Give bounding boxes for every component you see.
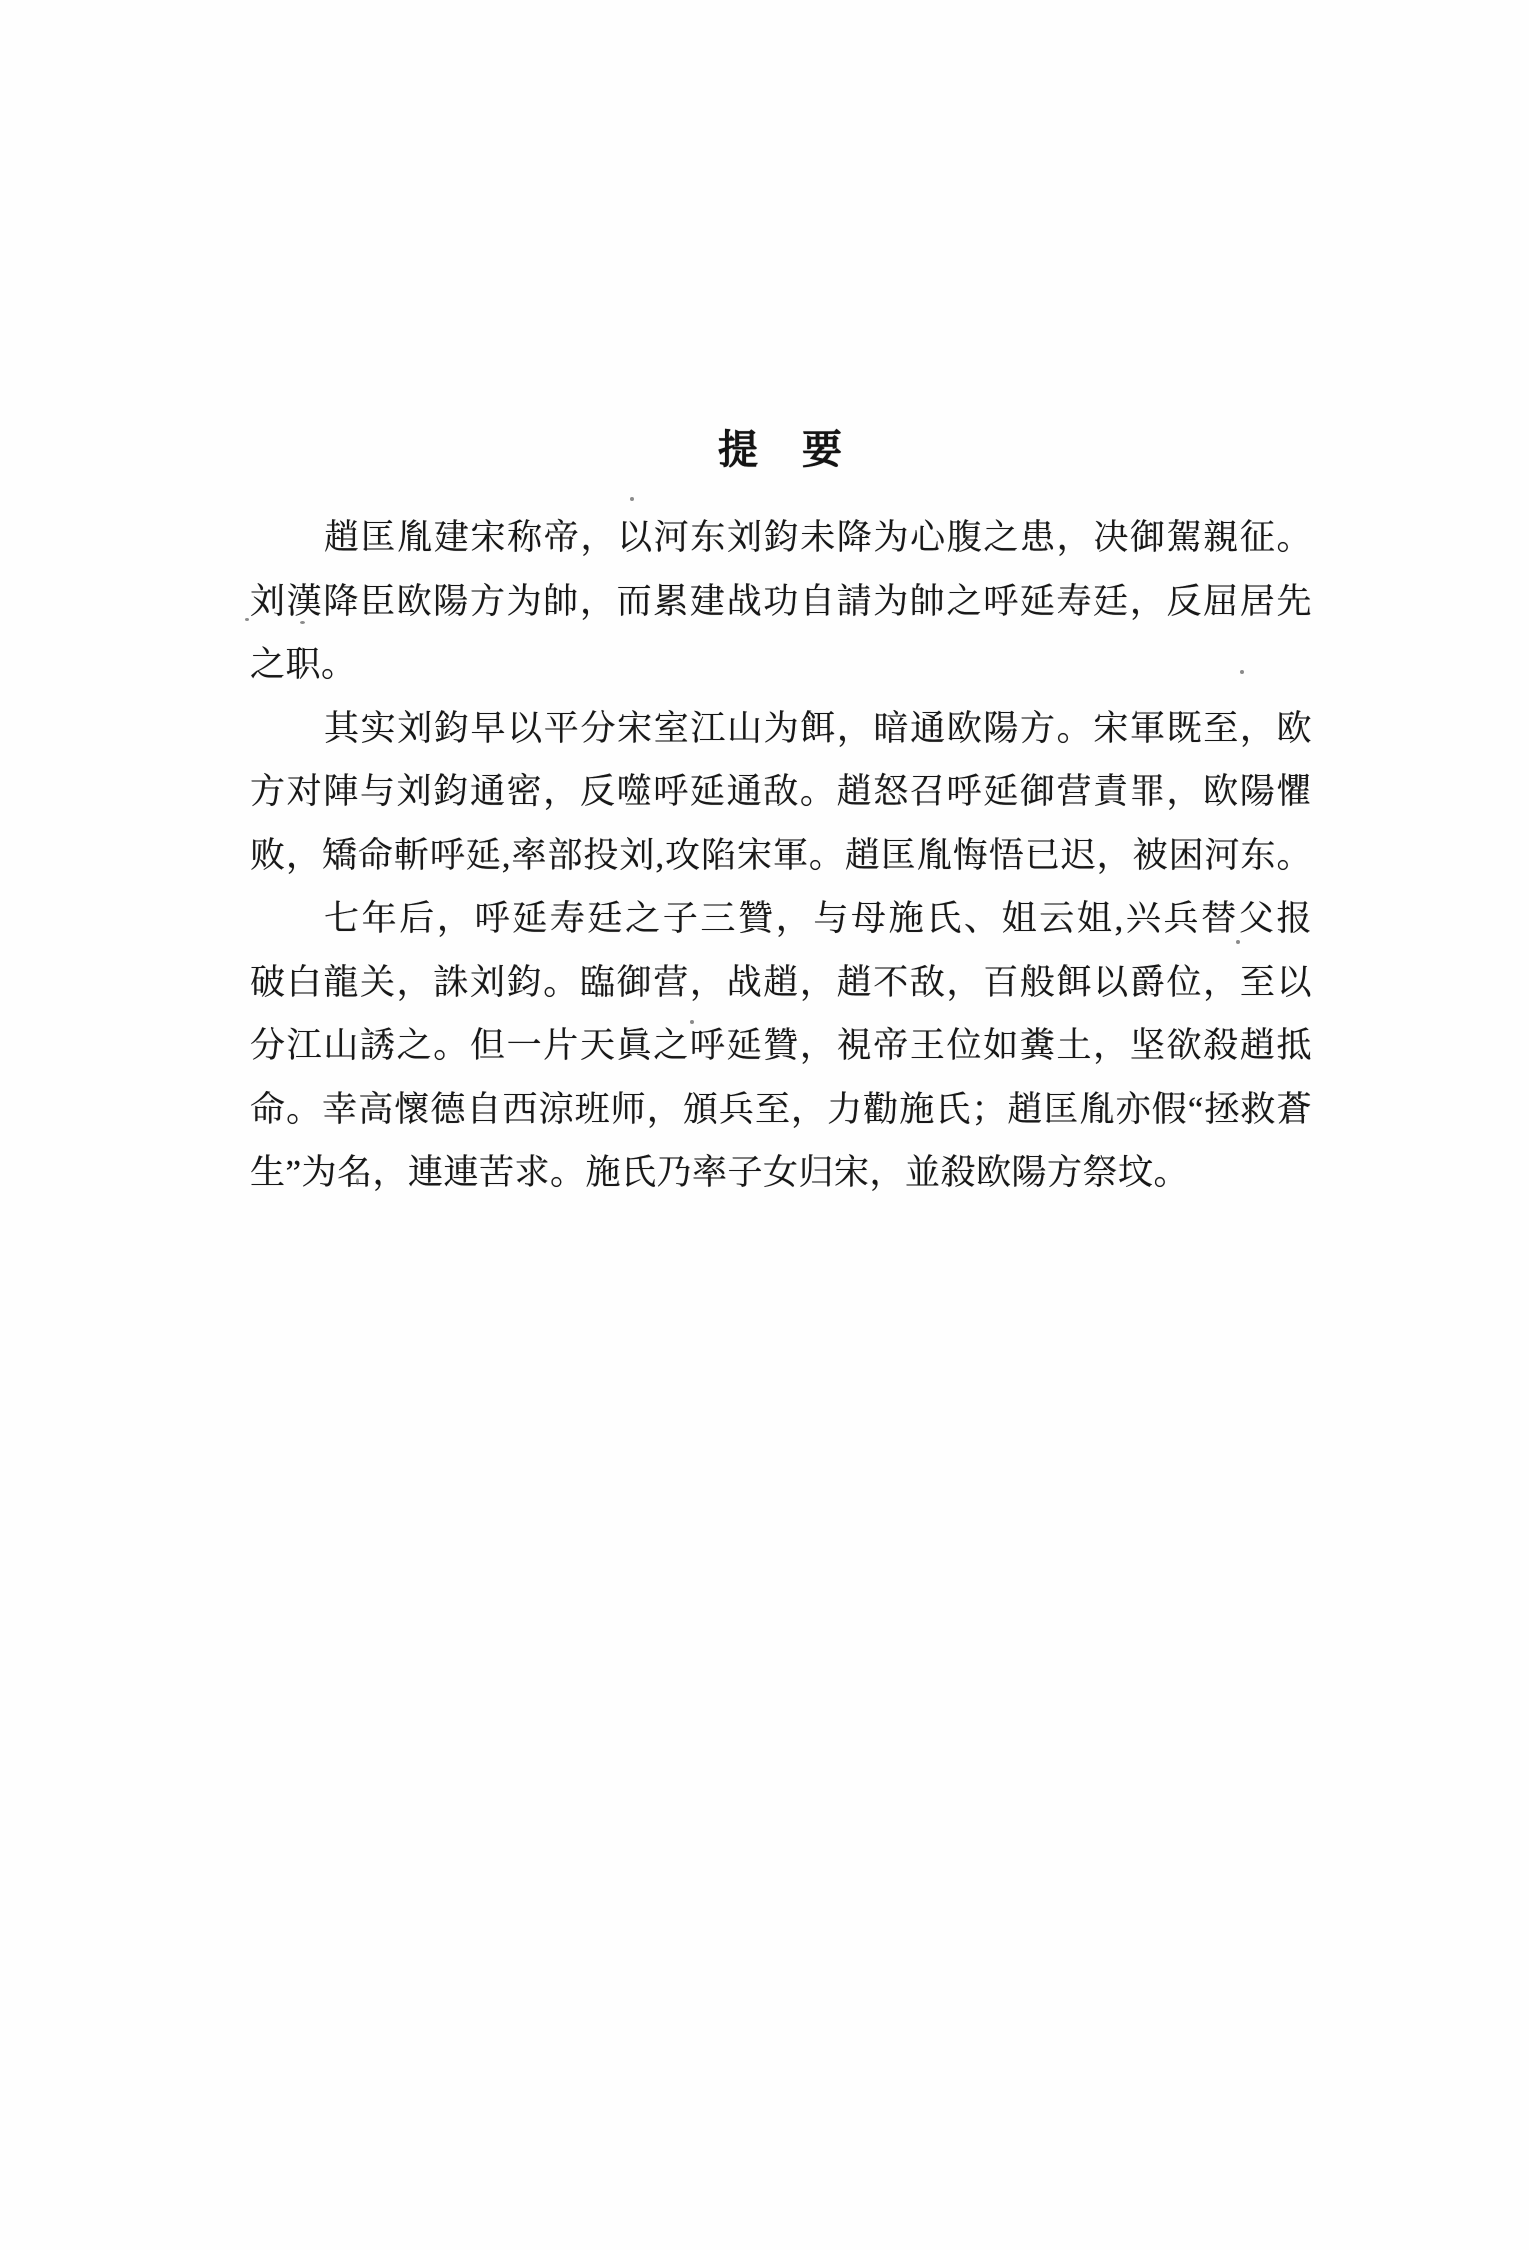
text-line: 七年后，呼延寿廷之子三贊，与母施氏、姐云姐,兴兵替父报仇； — [250, 887, 1312, 951]
scan-speck — [1236, 940, 1240, 944]
text-line: 生”为名，連連苦求。施氏乃率子女归宋，並殺欧陽方祭坟。 — [250, 1141, 1312, 1205]
text-line: 方对陣与刘鈞通密，反噬呼延通敌。趙怒召呼延御营責罪，欧陽懼事 — [250, 760, 1312, 824]
text-line: 其实刘鈞早以平分宋室江山为餌，暗通欧陽方。宋軍既至，欧陽 — [250, 697, 1312, 761]
page-title: 提 要 — [250, 418, 1312, 475]
text-line: 之职。 — [250, 633, 1312, 697]
text-block: 趙匡胤建宋称帝，以河东刘鈞未降为心腹之患，决御駕親征。用 刘漢降臣欧陽方为帥，而… — [250, 506, 1312, 1205]
text-line: 分江山誘之。但一片天眞之呼延贊，視帝王位如糞土，坚欲殺趙抵父 — [250, 1014, 1312, 1078]
scan-speck — [690, 1020, 694, 1024]
scan-speck — [300, 621, 305, 624]
scan-speck — [356, 1178, 359, 1185]
text-line: 命。幸高懷德自西涼班师，頒兵至，力勸施氏；趙匡胤亦假“拯救蒼 — [250, 1078, 1312, 1142]
scan-speck — [1240, 670, 1244, 674]
scanned-document-page: 提 要 趙匡胤建宋称帝，以河东刘鈞未降为心腹之患，决御駕親征。用 刘漢降臣欧陽方… — [0, 0, 1529, 2250]
text-line: 刘漢降臣欧陽方为帥，而累建战功自請为帥之呼延寿廷，反屈居先行 — [250, 570, 1312, 634]
scan-speck — [630, 497, 634, 501]
scan-speck — [245, 618, 249, 621]
text-line: 败，矯命斬呼延,率部投刘,攻陷宋軍。趙匡胤悔悟已迟，被困河东。 — [250, 824, 1312, 888]
text-line: 趙匡胤建宋称帝，以河东刘鈞未降为心腹之患，决御駕親征。用 — [250, 506, 1312, 570]
text-line: 破白龍关，誅刘鈞。臨御营，战趙，趙不敌，百般餌以爵位，至以平 — [250, 951, 1312, 1015]
